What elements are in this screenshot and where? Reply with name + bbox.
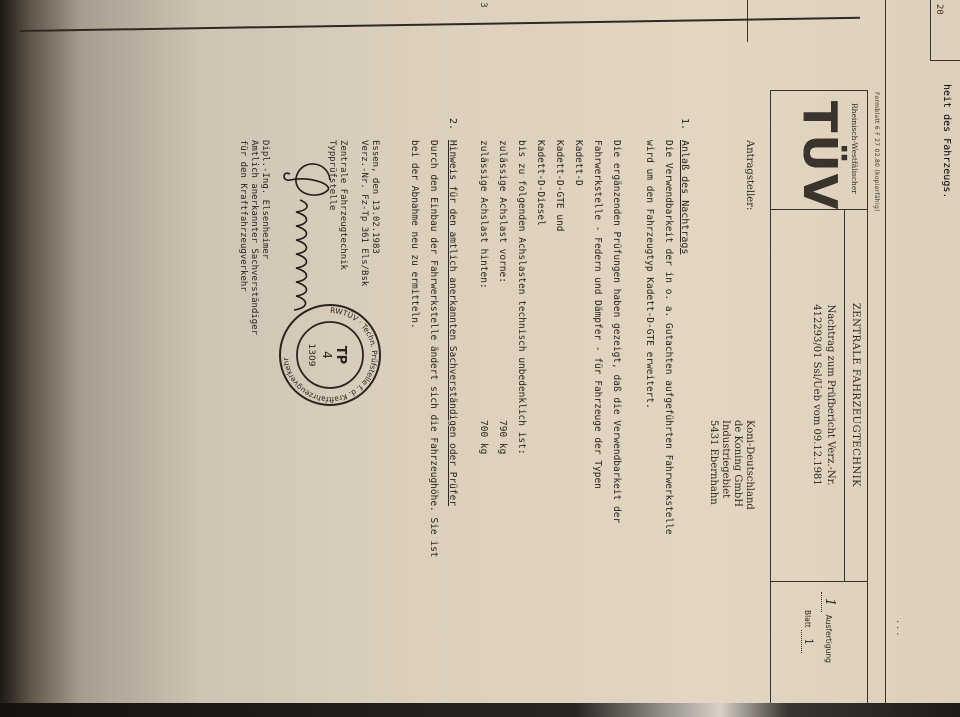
section-1-number: 1. — [679, 118, 690, 130]
adjacent-page-text: heit des Fahrzeugs. — [941, 84, 952, 198]
address-line: de Koning GmbH — [731, 420, 743, 510]
section-2-title: Hinweis für den amtlich anerkannten Sach… — [447, 140, 458, 506]
section-1-paragraph-2-line: Fahrwerkstelle - Federn und Dämpfer - fü… — [592, 140, 603, 489]
axle-load-front-value: 790 kg — [497, 420, 508, 454]
section-2-paragraph-line: bei der Abnahme neu zu ermitteln. — [409, 140, 420, 329]
reference-line-2: 412293/01 Ssl/Ueb vom 09.12.1981 — [809, 209, 823, 581]
document-page: Formblatt 6 F 27 02.80 (kopierfähig) Rhe… — [60, 0, 920, 700]
place-date-text: Essen, den 13.02.1983 — [369, 140, 380, 286]
signer-block: Dipl.-Ing. Elsenheimer Amtlich anerkannt… — [237, 140, 270, 335]
tuv-logo: Rheinisch-Westfälischer TÜV — [771, 91, 867, 210]
address-line: Industriegebiet — [719, 420, 731, 510]
signer-title: für den Kraftfahrzeugverkehr — [237, 140, 248, 335]
adjacent-page-edge-number: 20 — [934, 4, 944, 15]
copy-field: 1 Ausfertigung — [822, 592, 837, 663]
sheet-label: Blatt — [803, 610, 812, 628]
axle-load-intro: bis zu folgenden Achslasten technisch un… — [516, 140, 527, 455]
reference-line-1: Nachtrag zum Prüfbericht Verz.-Nr. — [823, 209, 837, 581]
section-1-title: Anlaß des Nachtrags — [679, 140, 690, 254]
address-line: 5431 Ebernhahn — [707, 420, 719, 510]
signer-title: Amtlich anerkannter Sachverständiger — [248, 140, 259, 335]
form-code: Formblatt 6 F 27 02.80 (kopierfähig) — [873, 92, 880, 212]
applicant-label: Antragsteller: — [744, 140, 755, 210]
section-2-number: 2. — [447, 118, 458, 130]
address-line: Koni-Deutschland — [743, 420, 755, 510]
copy-number: 1 — [821, 592, 837, 612]
section-2-paragraph-line: Durch den Einbau der Fahrwerkstelle ände… — [428, 140, 439, 558]
vehicle-type: Kadett-D-Diesel — [535, 140, 546, 226]
sheet-number: 1 — [801, 630, 815, 653]
place-date: Essen, den 13.02.1983 Verz.-Nr. Fz-Tp 36… — [358, 140, 380, 286]
signer-name: Dipl.-Ing. Elsenheimer — [259, 140, 270, 335]
stamp-center-line-2: 4 — [320, 351, 334, 359]
header-copy-info: 1 Ausfertigung Blatt 1 — [771, 581, 867, 703]
logo-text: TÜV — [793, 101, 847, 211]
photo-scene: 20 heit des Fahrzeugs. ... 3 Formblatt 6… — [0, 0, 960, 717]
copy-label: Ausfertigung — [824, 615, 833, 663]
department-title: ZENTRALE FAHRZEUGTECHNIK — [844, 209, 867, 581]
section-1-paragraph-1-line: Die Verwendbarkeit der in o. a. Gutachte… — [663, 140, 674, 535]
reference-number: Verz.-Nr. Fz-Tp 361 Els/Bsk — [358, 140, 369, 286]
vehicle-type: Kadett-D — [573, 140, 584, 186]
official-stamp: RWTÜV · Techn. Prüfstelle f. d. Kraftfah… — [275, 300, 385, 410]
logo-subtitle: Rheinisch-Westfälischer — [850, 103, 859, 194]
header-reference: ZENTRALE FAHRZEUGTECHNIK Nachtrag zum Pr… — [771, 209, 867, 581]
section-1-paragraph-2-line: Die ergänzenden Prüfungen haben gezeigt,… — [611, 140, 622, 523]
axle-load-rear-label: zulässige Achslast hinten: — [478, 140, 489, 289]
section-1-paragraph-1-line: wird um den Fahrzeugtyp Kadett-D-GTE erw… — [644, 140, 655, 409]
document-header: Rheinisch-Westfälischer TÜV ZENTRALE FAH… — [770, 90, 868, 704]
applicant-address: Koni-Deutschland de Koning GmbH Industri… — [707, 420, 755, 510]
axle-load-rear-value: 700 kg — [478, 420, 489, 454]
vehicle-type: Kadett-D-GTE und — [554, 140, 565, 232]
stamp-center-line-3: 1309 — [306, 344, 316, 367]
stamp-center-line-1: TP — [333, 346, 348, 364]
axle-load-front-label: zulässige Achslast vorne: — [497, 140, 508, 283]
sheet-field: Blatt 1 — [802, 610, 815, 653]
